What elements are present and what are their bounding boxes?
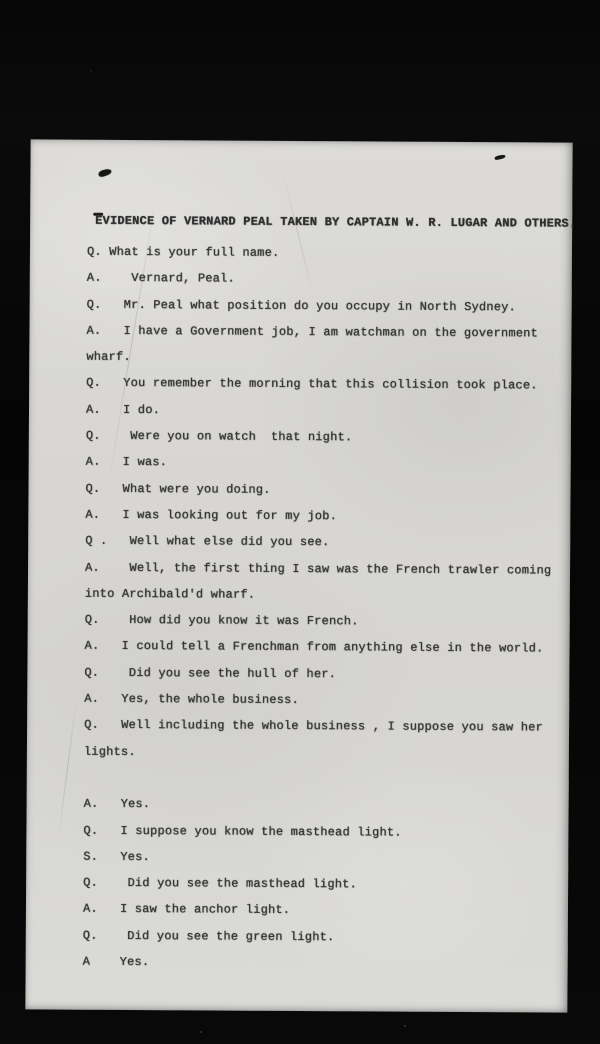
transcript-line: Q. Did you see the masthead light. — [83, 870, 562, 899]
transcript-line: A. Well, the first thing I saw was the F… — [85, 554, 564, 583]
transcript-line: A. Yes. — [84, 791, 563, 820]
scan-speckle — [404, 1025, 406, 1027]
scan-speckle — [200, 1031, 202, 1033]
transcript-line: Q. Well including the whole business , I… — [84, 712, 563, 741]
transcript-line: Q . Well what else did you see. — [85, 528, 564, 557]
transcript-line: Q. You remember the morning that this co… — [86, 370, 565, 399]
transcript-line: Q. How did you know it was French. — [85, 607, 564, 636]
transcript-line: A Yes. — [83, 949, 562, 978]
transcript-line: S. Yes. — [83, 844, 562, 873]
transcript-line: A. I have a Government job, I am watchma… — [86, 318, 565, 347]
transcript-line: Q. I suppose you know the masthead light… — [83, 817, 562, 846]
transcript-line: Q. Did you see the hull of her. — [84, 659, 563, 688]
transcript-lines: Q. What is your full name.A. Vernard, Pe… — [83, 239, 566, 978]
transcript-line: into Archibald'd wharf. — [85, 581, 564, 610]
transcript-line: A. I was. — [86, 449, 565, 478]
scanned-page-background: EVIDENCE OF VERNARD PEAL TAKEN BY CAPTAI… — [0, 0, 600, 1044]
transcript-line: A. I saw the anchor light. — [83, 896, 562, 925]
ink-flick-mark — [494, 154, 506, 160]
transcript-line: A. I could tell a Frenchman from anythin… — [84, 633, 563, 662]
transcript-line: A. Vernard, Peal. — [87, 265, 566, 294]
scan-speckle — [90, 70, 92, 72]
typed-transcript: EVIDENCE OF VERNARD PEAL TAKEN BY CAPTAI… — [83, 214, 567, 978]
ink-smudge-mark — [98, 168, 112, 178]
transcript-line: Q. Mr. Peal what position do you occupy … — [87, 291, 566, 320]
transcript-line: A. Yes, the whole business. — [84, 686, 563, 715]
transcript-line: A. I do. — [86, 396, 565, 425]
transcript-line: Q. What is your full name. — [87, 239, 566, 268]
transcript-line: Q. What were you doing. — [85, 475, 564, 504]
transcript-line: lights. — [84, 738, 563, 767]
document-title: EVIDENCE OF VERNARD PEAL TAKEN BY CAPTAI… — [95, 214, 566, 231]
paper-crease — [57, 695, 77, 844]
transcript-line: A. I was looking out for my job. — [85, 502, 564, 531]
transcript-line: Q. Did you see the green light. — [83, 922, 562, 951]
transcript-line: Q. Were you on watch that night. — [86, 423, 565, 452]
transcript-line — [84, 765, 563, 794]
transcript-line: wharf. — [86, 344, 565, 373]
document-paper: EVIDENCE OF VERNARD PEAL TAKEN BY CAPTAI… — [25, 139, 572, 1012]
